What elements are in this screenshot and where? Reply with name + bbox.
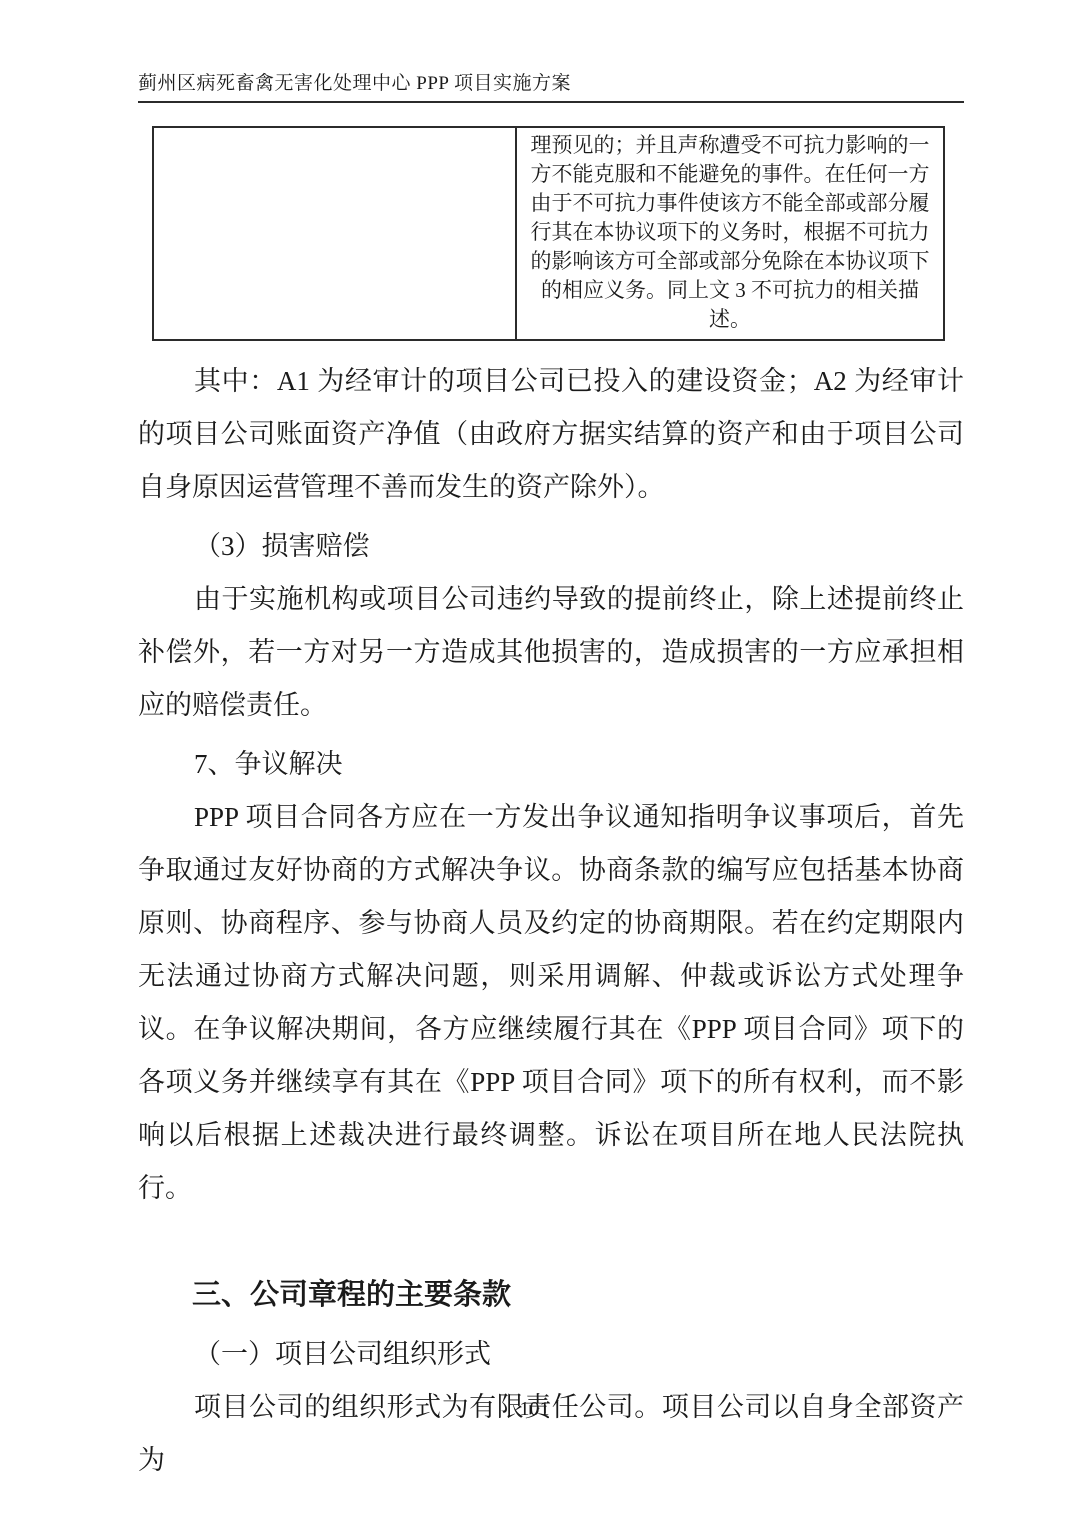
subheading-damage-compensation: （3）损害赔偿 <box>138 520 964 573</box>
page-number: 101 <box>520 1398 550 1420</box>
table-cell-force-majeure: 理预见的；并且声称遭受不可抗力影响的一方不能克服和不能避免的事件。在任何一方由于… <box>516 127 944 340</box>
page-header: 蓟州区病死畜禽无害化处理中心 PPP 项目实施方案 <box>138 72 964 103</box>
paragraph-a1-a2-definition: 其中：A1 为经审计的项目公司已投入的建设资金；A2 为经审计的项目公司账面资产… <box>138 355 964 514</box>
paragraph-damage-liability: 由于实施机构或项目公司违约导致的提前终止，除上述提前终止补偿外，若一方对另一方造… <box>138 573 964 732</box>
table-row: 理预见的；并且声称遭受不可抗力影响的一方不能克服和不能避免的事件。在任何一方由于… <box>153 127 944 340</box>
section-heading-articles-of-association: 三、公司章程的主要条款 <box>138 1269 964 1322</box>
document-page: 蓟州区病死畜禽无害化处理中心 PPP 项目实施方案 理预见的；并且声称遭受不可抗… <box>0 0 1069 1514</box>
header-title: 蓟州区病死畜禽无害化处理中心 PPP 项目实施方案 <box>138 73 571 94</box>
page-content: 理预见的；并且声称遭受不可抗力影响的一方不能克服和不能避免的事件。在任何一方由于… <box>138 126 964 1487</box>
subheading-company-organization-form: （一）项目公司组织形式 <box>138 1328 964 1381</box>
page-footer: 101 <box>0 1396 1069 1422</box>
force-majeure-table: 理预见的；并且声称遭受不可抗力影响的一方不能克服和不能避免的事件。在任何一方由于… <box>152 126 945 341</box>
table-cell-empty <box>153 127 516 340</box>
paragraph-dispute-resolution: PPP 项目合同各方应在一方发出争议通知指明争议事项后，首先争取通过友好协商的方… <box>138 791 964 1215</box>
subheading-dispute-resolution: 7、争议解决 <box>138 738 964 791</box>
